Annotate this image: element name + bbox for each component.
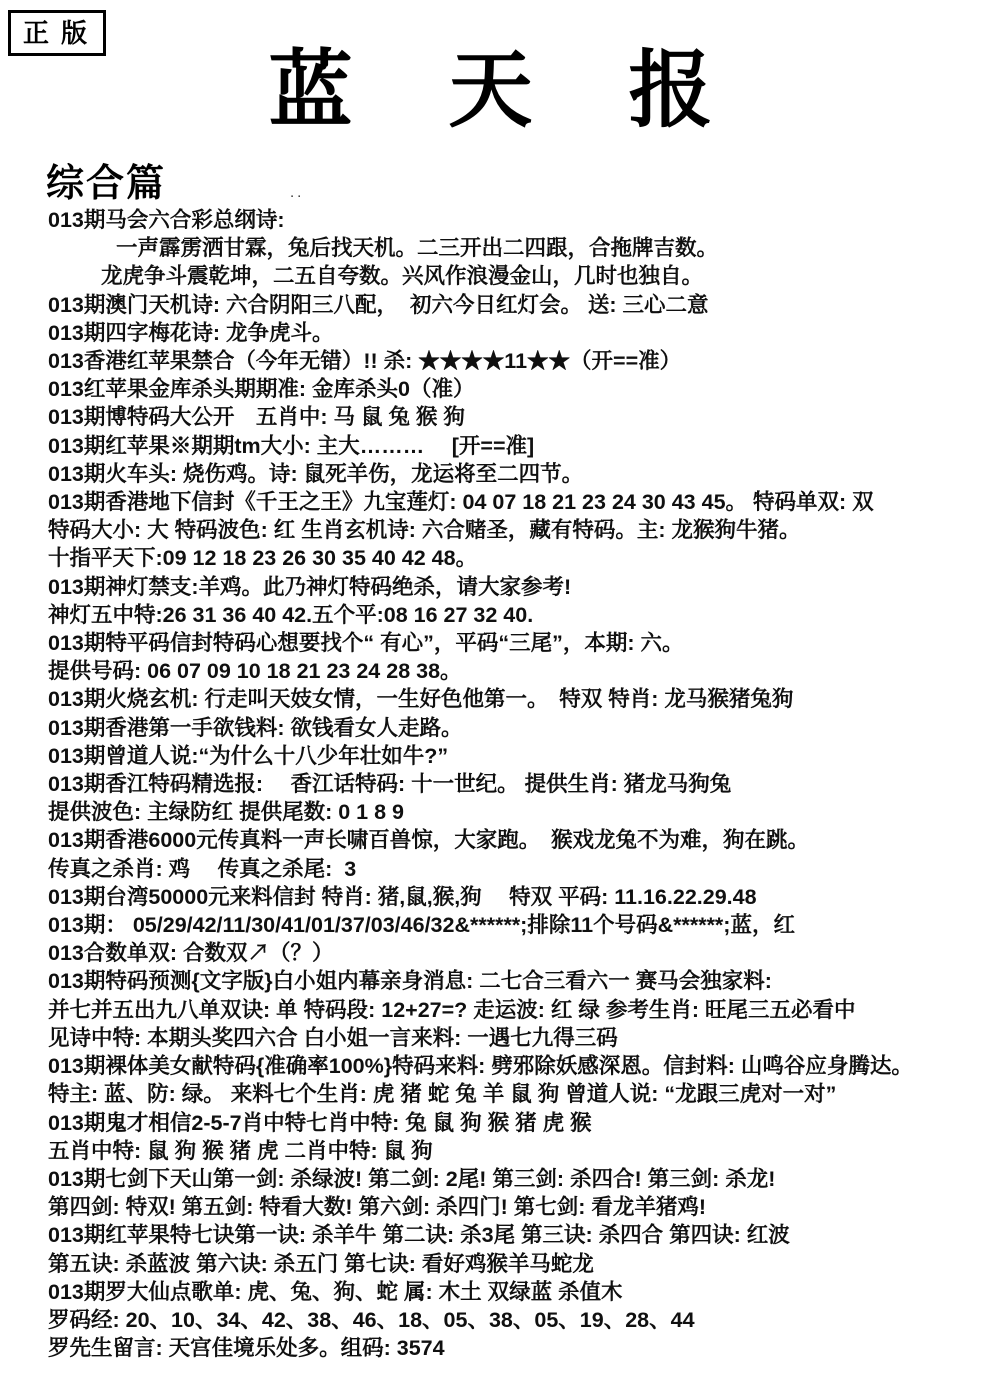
text-line: 013期： 05/29/42/11/30/41/01/37/03/46/32&*… — [48, 911, 987, 939]
text-line: 013期鬼才相信2-5-7肖中特七肖中特: 兔 鼠 狗 猴 猪 虎 猴 — [48, 1109, 987, 1137]
text-line: 并七并五出九八单双诀: 单 特码段: 12+27=? 走运波: 红 绿 参考生肖… — [48, 996, 987, 1024]
text-line: 013期罗大仙点歌单: 虎、兔、狗、蛇 属: 木土 双绿蓝 杀值木 — [48, 1278, 987, 1306]
text-line: 013期红苹果※期期tm大小: 主大……… [开==准] — [48, 432, 987, 460]
text-line: 提供号码: 06 07 09 10 18 21 23 24 28 38。 — [48, 657, 987, 685]
content-lines: 013期马会六合彩总纲诗: 一声霹雳洒甘霖，兔后找天机。二三开出二四跟，合拖牌吉… — [48, 206, 987, 1362]
text-line: 特码大小: 大 特码波色: 红 生肖玄机诗: 六合赌圣，藏有特码。主: 龙猴狗牛… — [48, 516, 987, 544]
text-line: 013红苹果金库杀头期期准: 金库杀头0（准） — [48, 375, 987, 403]
poem-line: 龙虎争斗震乾坤，二五自夸数。兴风作浪漫金山，几时也独自。 — [101, 262, 987, 290]
text-line: 013期七剑下天山第一剑: 杀绿波! 第二剑: 2尾! 第三剑: 杀四合! 第三… — [48, 1165, 987, 1193]
text-line: 013期马会六合彩总纲诗: — [48, 206, 987, 234]
text-line: 013期火车头: 烧伤鸡。诗: 鼠死羊伤，龙运将至二四节。 — [48, 460, 987, 488]
poem-line: 一声霹雳洒甘霖，兔后找天机。二三开出二四跟，合拖牌吉数。 — [116, 234, 987, 262]
text-line: 013期香江特码精选报: 香江话特码: 十一世纪。 提供生肖: 猪龙马狗兔 — [48, 770, 987, 798]
text-line: 013香港红苹果禁合（今年无错）!! 杀: ★★★★11★★（开==准） — [48, 347, 987, 375]
text-line: 013期香港6000元传真料一声长啸百兽惊，大家跑。 猴戏龙兔不为难，狗在跳。 — [48, 826, 987, 854]
stray-mark: .. — [290, 184, 304, 201]
page-title: 蓝 天 报 — [0, 42, 987, 139]
section-heading: 综合篇 — [46, 152, 166, 207]
text-line: 013期台湾50000元来料信封 特肖: 猪,鼠,猴,狗 特双 平码: 11.1… — [48, 883, 987, 911]
text-line: 罗码经: 20、10、34、42、38、46、18、05、38、05、19、28… — [48, 1306, 987, 1334]
text-line: 特主: 蓝、防: 绿。 来料七个生肖: 虎 猪 蛇 兔 羊 鼠 狗 曾道人说: … — [48, 1080, 987, 1108]
text-line: 第五诀: 杀蓝波 第六诀: 杀五门 第七诀: 看好鸡猴羊马蛇龙 — [48, 1250, 987, 1278]
text-line: 013期裸体美女献特码{准确率100%}特码来料: 劈邪除妖感深恩。信封料: 山… — [48, 1052, 987, 1080]
text-line: 013合数单双: 合数双↗（？） — [48, 939, 987, 967]
text-line: 013期四字梅花诗: 龙争虎斗。 — [48, 319, 987, 347]
text-line: 013期澳门天机诗: 六合阴阳三八配， 初六今日红灯会。 送: 三心二意 — [48, 291, 987, 319]
text-line: 013期香港第一手欲钱料: 欲钱看女人走路。 — [48, 714, 987, 742]
text-line: 十指平天下:09 12 18 23 26 30 35 40 42 48。 — [48, 544, 987, 572]
text-line: 013期特码预测{文字版}白小姐内幕亲身消息: 二七合三看六一 赛马会独家料: — [48, 967, 987, 995]
text-line: 013期火烧玄机: 行走叫天妓女情，一生好色他第一。 特双 特肖: 龙马猴猪兔狗 — [48, 685, 987, 713]
text-line: 神灯五中特:26 31 36 40 42.五个平:08 16 27 32 40. — [48, 601, 987, 629]
newspaper-page: 正版 蓝 天 报 综合篇 .. 013期马会六合彩总纲诗: 一声霹雳洒甘霖，兔后… — [0, 0, 987, 1388]
text-line: 罗先生留言: 天宫佳境乐处多。组码: 3574 — [48, 1334, 987, 1362]
text-line: 见诗中特: 本期头奖四六合 白小姐一言来料: 一遇七九得三码 — [48, 1024, 987, 1052]
text-line: 五肖中特: 鼠 狗 猴 猪 虎 二肖中特: 鼠 狗 — [48, 1137, 987, 1165]
text-line: 013期曾道人说:“为什么十八少年壮如牛?” — [48, 742, 987, 770]
text-line: 013期博特码大公开 五肖中: 马 鼠 兔 猴 狗 — [48, 403, 987, 431]
text-line: 013期神灯禁支:羊鸡。此乃神灯特码绝杀，请大家参考! — [48, 573, 987, 601]
text-line: 传真之杀肖: 鸡 传真之杀尾: 3 — [48, 855, 987, 883]
text-line: 013期特平码信封特码心想要找个“ 有心”，平码“三尾”，本期: 六。 — [48, 629, 987, 657]
text-line: 013期香港地下信封《千王之王》九宝莲灯: 04 07 18 21 23 24 … — [48, 488, 987, 516]
text-line: 013期红苹果特七诀第一诀: 杀羊牛 第二诀: 杀3尾 第三诀: 杀四合 第四诀… — [48, 1221, 987, 1249]
text-line: 第四剑: 特双! 第五剑: 特看大数! 第六剑: 杀四门! 第七剑: 看龙羊猪鸡… — [48, 1193, 987, 1221]
text-line: 提供波色: 主绿防红 提供尾数: 0 1 8 9 — [48, 798, 987, 826]
